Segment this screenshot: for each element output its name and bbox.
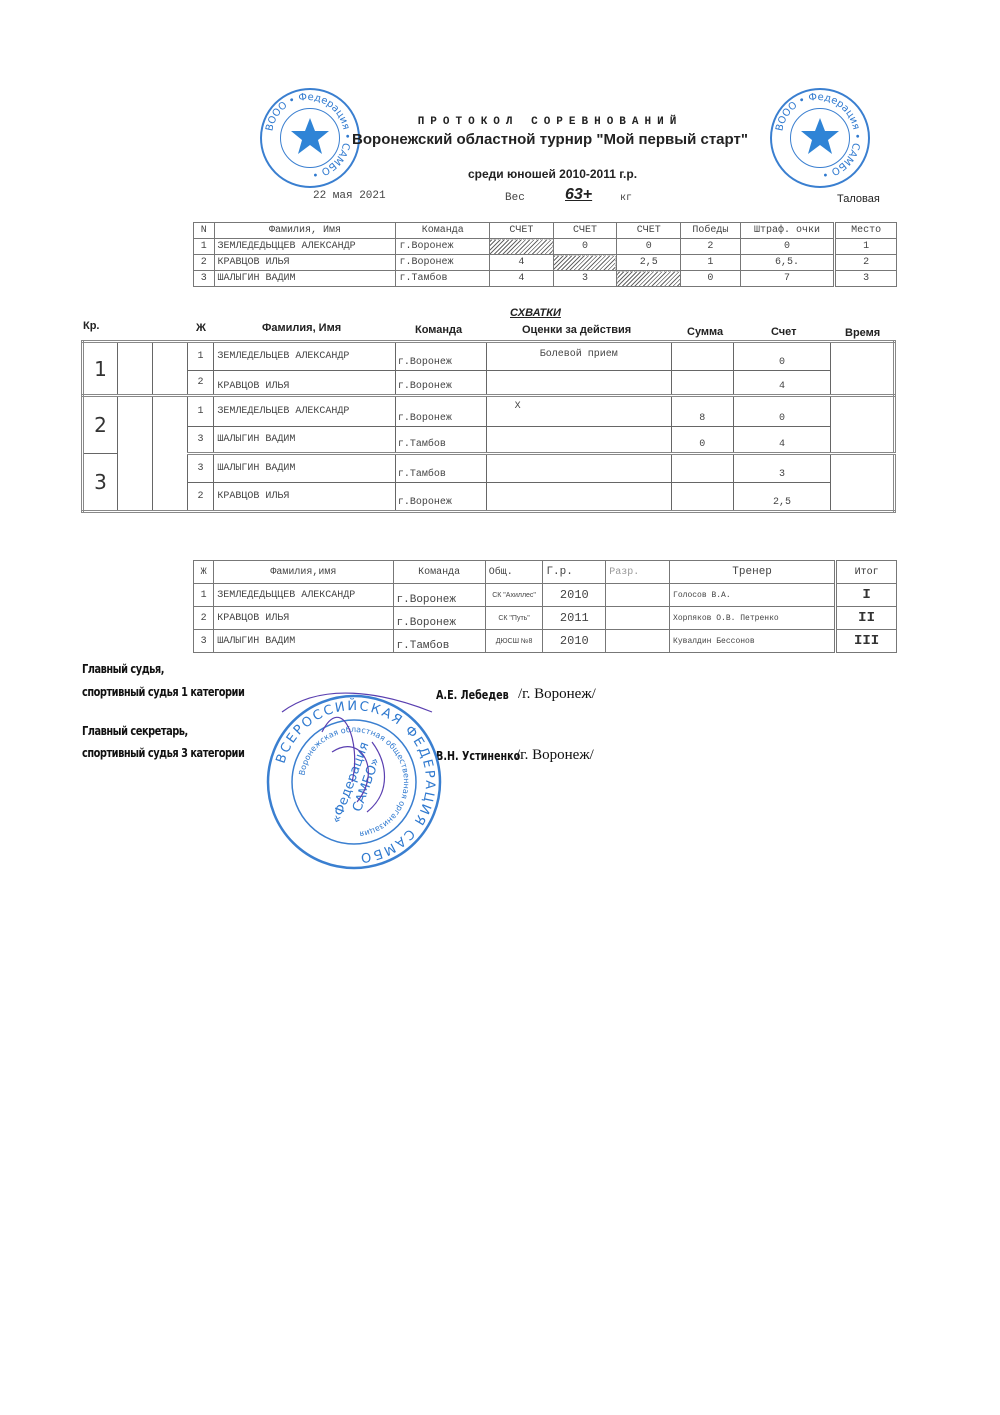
col-header: Разр. [606,561,670,584]
blank-cell [152,342,187,396]
col-header: Команда [396,223,490,239]
bouts-table: 1 1 ЗЕМЛЕДЕЛЬЦЕВ АЛЕКСАНДР г.Воронеж Бол… [81,340,896,513]
sport-rank [606,584,670,607]
athlete-name: ШАЛЫГИН ВАДИМ [214,271,396,287]
team: г.Тамбов [396,271,490,287]
place: 2 [835,255,897,271]
table-row: 1 ЗЕМЛЕДЕДЬЦЦЕВ АЛЕКСАНДР г.Воронеж СК "… [194,584,897,607]
col-header: Ж [194,561,214,584]
team: г.Воронеж [396,255,490,271]
bout-row: 2 КРАВЦОВ ИЛЬЯ г.Воронеж 4 [83,371,895,396]
row-number: 2 [194,255,215,271]
penalty-points: 7 [740,271,835,287]
col-header-score: Счет [771,326,797,338]
protocol-title: ПРОТОКОЛ СОРЕВНОВАНИЙ [0,116,1000,128]
team: г.Тамбов [393,630,485,653]
age-category: среди юношей 2010-2011 г.р. [0,167,1000,181]
athlete-name: КРАВЦОВ ИЛЬЯ [214,483,395,512]
athlete-name: ШАЛЫГИН ВАДИМ [214,630,393,653]
time-cell [831,342,895,396]
bout-row: 1 1 ЗЕМЛЕДЕЛЬЦЕВ АЛЕКСАНДР г.Воронеж Бол… [83,342,895,371]
action-marks: Болевой прием [486,342,671,371]
row-number: 3 [194,271,215,287]
col-header-team: Команда [415,324,462,336]
col-header-lot: Ж [196,322,206,334]
lot-number: 2 [187,371,214,396]
place: 1 [835,239,897,255]
birth-year: 2010 [543,584,606,607]
score: 4 [489,271,553,287]
col-header: Общ. [485,561,543,584]
sum [671,483,733,512]
blank-cell [152,396,187,512]
table-row: 1 ЗЕМЛЕДЕДЬЦЦЕВ АЛЕКСАНДР г.Воронеж 0 0 … [194,239,897,255]
lot-number: 3 [194,630,214,653]
action-marks [486,371,671,396]
bout-number: 1 [83,342,118,396]
col-header: N [194,223,215,239]
table-row: 2 КРАВЦОВ ИЛЬЯ г.Воронеж СК "Путь" 2011 … [194,607,897,630]
team: г.Тамбов [395,427,486,454]
athlete-name: ЗЕМЛЕДЕЛЬЦЕВ АЛЕКСАНДР [214,342,395,371]
action-marks [486,454,671,483]
col-header-round: Кр. [83,320,100,332]
score: 4 [489,255,553,271]
col-header: СЧЕТ [489,223,553,239]
score: 3 [553,271,617,287]
lot-number: 2 [194,607,214,630]
sum: 8 [671,396,733,427]
lot-number: 3 [187,427,214,454]
col-header: Тренер [670,561,836,584]
sum [671,454,733,483]
competition-date: 22 мая 2021 [313,190,386,202]
place: 3 [835,271,897,287]
time-cell [831,454,895,512]
hatched-cell [489,239,553,255]
lot-number: 2 [187,483,214,512]
team: г.Воронеж [395,396,486,427]
lot-number: 1 [187,396,214,427]
table-row: 2 КРАВЦОВ ИЛЬЯ г.Воронеж 4 2,5 1 6,5. 2 [194,255,897,271]
penalty-points: 0 [740,239,835,255]
birth-year: 2011 [543,607,606,630]
table-row: 3 ШАЛЫГИН ВАДИМ г.Тамбов 4 3 0 7 3 [194,271,897,287]
score: 0 [733,342,831,371]
score: 4 [733,427,831,454]
sum [671,371,733,396]
col-header-time: Время [845,327,880,339]
table-row: 3 ШАЛЫГИН ВАДИМ г.Тамбов ДЮСШ №8 2010 Ку… [194,630,897,653]
tournament-title: Воронежский областной турнир "Мой первый… [0,131,1000,148]
chief-secretary-title: Главный секретарь, [82,724,188,738]
bout-number: 2 [83,396,118,454]
team: г.Воронеж [396,239,490,255]
team: г.Воронеж [393,607,485,630]
col-header: Г.р. [543,561,606,584]
table-header-row: N Фамилия, Имя Команда СЧЕТ СЧЕТ СЧЕТ По… [194,223,897,239]
lot-number: 1 [187,342,214,371]
score: 4 [733,371,831,396]
team: г.Воронеж [393,584,485,607]
col-header-name: Фамилия, Имя [262,322,341,334]
results-table: Ж Фамилия,имя Команда Общ. Г.р. Разр. Тр… [193,560,897,653]
final-result: I [836,584,897,607]
round-robin-table: N Фамилия, Имя Команда СЧЕТ СЧЕТ СЧЕТ По… [193,222,897,287]
score: 0 [733,396,831,427]
col-header: Итог [836,561,897,584]
score: 0 [617,239,681,255]
col-header-actions: Оценки за действия [522,324,631,336]
hatched-cell [617,271,681,287]
chief-judge-name: А.Е. Лебедев [436,688,509,702]
chief-secretary-category: спортивный судья 3 категории [82,746,244,760]
athlete-name: КРАВЦОВ ИЛЬЯ [214,607,393,630]
chief-secretary-city: /г. Воронеж/ [516,747,594,764]
bout-row: 3 3 ШАЛЫГИН ВАДИМ г.Тамбов 3 [83,454,895,483]
team: г.Воронеж [395,342,486,371]
weight-label: Вес [505,192,525,204]
official-seal-icon: ВСЕРОССИЙСКАЯ ФЕДЕРАЦИЯ САМБО Воронежска… [262,672,442,872]
bout-row: 2 1 ЗЕМЛЕДЕЛЬЦЕВ АЛЕКСАНДР г.Воронеж Х 8… [83,396,895,427]
col-header: Штраф. очки [740,223,835,239]
bouts-section-title: СХВАТКИ [510,307,561,319]
athlete-name: ЗЕМЛЕДЕДЬЦЦЕВ АЛЕКСАНДР [214,239,396,255]
bout-row: 2 КРАВЦОВ ИЛЬЯ г.Воронеж 2,5 [83,483,895,512]
athlete-name: КРАВЦОВ ИЛЬЯ [214,371,395,396]
col-header: Победы [681,223,741,239]
team: г.Воронеж [395,483,486,512]
weight-value: 63+ [565,186,592,204]
society: ДЮСШ №8 [485,630,543,653]
blank-cell [117,396,152,512]
chief-secretary-name: В.Н. Устиненко [436,749,520,763]
chief-judge-category: спортивный судья 1 категории [82,685,244,699]
final-result: II [836,607,897,630]
wins: 1 [681,255,741,271]
chief-judge-city: /г. Воронеж/ [518,686,596,703]
score: 2,5 [733,483,831,512]
score: 3 [733,454,831,483]
chief-judge-title: Главный судья, [82,662,164,676]
sum [671,342,733,371]
society: СК "Путь" [485,607,543,630]
time-cell [831,396,895,454]
bout-row: 3 ШАЛЫГИН ВАДИМ г.Тамбов 0 4 [83,427,895,454]
athlete-name: КРАВЦОВ ИЛЬЯ [214,255,396,271]
action-marks: Х [486,396,671,427]
sport-rank [606,630,670,653]
col-header-sum: Сумма [687,326,723,338]
team: г.Тамбов [395,454,486,483]
row-number: 1 [194,239,215,255]
athlete-name: ШАЛЫГИН ВАДИМ [214,427,395,454]
athlete-name: ЗЕМЛЕДЕЛЬЦЕВ АЛЕКСАНДР [214,396,395,427]
score: 0 [553,239,617,255]
wins: 2 [681,239,741,255]
lot-number: 1 [194,584,214,607]
sum: 0 [671,427,733,454]
sport-rank [606,607,670,630]
action-marks [486,483,671,512]
lot-number: 3 [187,454,214,483]
coach: Хорпяков О.В. Петренко [670,607,836,630]
col-header: Фамилия,имя [214,561,393,584]
blank-cell [117,342,152,396]
coach: Голосов В.А. [670,584,836,607]
final-result: III [836,630,897,653]
col-header: СЧЕТ [617,223,681,239]
action-marks [486,427,671,454]
team: г.Воронеж [395,371,486,396]
weight-unit: кг [620,193,632,204]
score: 2,5 [617,255,681,271]
bout-number: 3 [83,454,118,512]
athlete-name: ШАЛЫГИН ВАДИМ [214,454,395,483]
table-header-row: Ж Фамилия,имя Команда Общ. Г.р. Разр. Тр… [194,561,897,584]
wins: 0 [681,271,741,287]
birth-year: 2010 [543,630,606,653]
hatched-cell [553,255,617,271]
col-header: Место [835,223,897,239]
penalty-points: 6,5. [740,255,835,271]
col-header: Команда [393,561,485,584]
col-header: СЧЕТ [553,223,617,239]
athlete-name: ЗЕМЛЕДЕДЬЦЦЕВ АЛЕКСАНДР [214,584,393,607]
col-header: Фамилия, Имя [214,223,396,239]
coach: Кувалдин Бессонов [670,630,836,653]
venue: Таловая [837,193,880,205]
society: СК "Ахиллес" [485,584,543,607]
